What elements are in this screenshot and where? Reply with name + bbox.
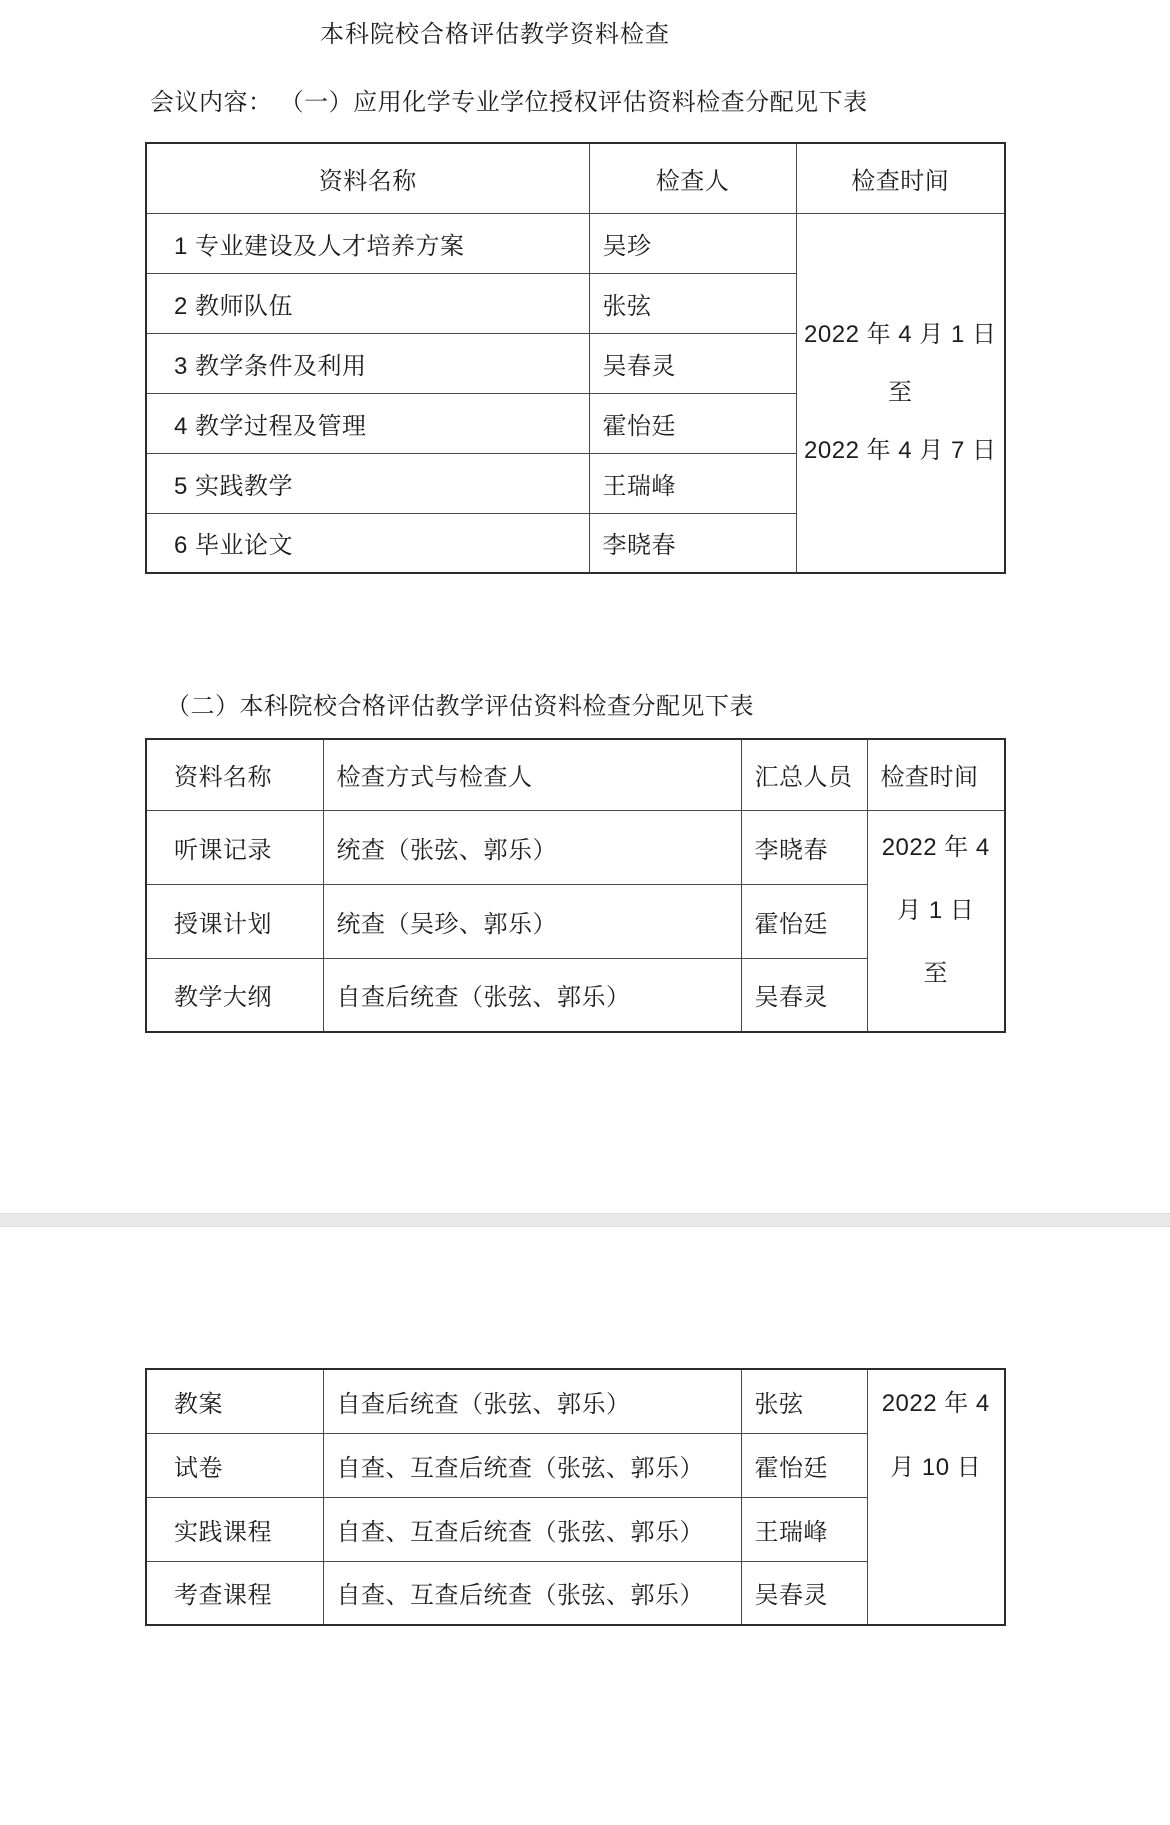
cell-inspector: 李晓春: [589, 513, 796, 573]
cell-material-name: 1 专业建设及人才培养方案: [146, 213, 589, 273]
check-time-line: 2022 年 4 月 7 日: [797, 422, 1005, 480]
cell-material-name: 2 教师队伍: [146, 273, 589, 333]
allocation-table-teaching-evaluation: 资料名称 检查方式与检查人 汇总人员 检查时间 听课记录 统查（张弦、郭乐） 李…: [145, 738, 1006, 1033]
cell-summarizer: 霍怡廷: [741, 1433, 867, 1497]
cell-check-method: 自查、互查后统查（张弦、郭乐）: [323, 1497, 741, 1561]
cell-check-method: 自查、互查后统查（张弦、郭乐）: [323, 1561, 741, 1625]
check-time-line: 2022 年 4: [868, 1372, 1005, 1436]
cell-summarizer: 李晓春: [741, 810, 867, 884]
page-break-band: [0, 1213, 1170, 1227]
cell-summarizer: 霍怡廷: [741, 884, 867, 958]
meeting-content-line: 会议内容： （一）应用化学专业学位授权评估资料检查分配见下表: [150, 82, 1050, 117]
cell-material-name: 教案: [146, 1369, 323, 1433]
table-header-row: 资料名称 检查方式与检查人 汇总人员 检查时间: [146, 739, 1005, 810]
check-time-line: 至: [797, 364, 1005, 422]
header-summarizer: 汇总人员: [741, 739, 867, 810]
cell-material-name: 听课记录: [146, 810, 323, 884]
header-material-name: 资料名称: [146, 143, 589, 213]
cell-material-name: 3 教学条件及利用: [146, 333, 589, 393]
allocation-table-continuation: 教案 自查后统查（张弦、郭乐） 张弦 2022 年 4 月 10 日 试卷 自查…: [145, 1368, 1006, 1626]
header-material-name: 资料名称: [146, 739, 323, 810]
page-title: 本科院校合格评估教学资料检查: [145, 14, 845, 49]
cell-check-method: 自查后统查（张弦、郭乐）: [323, 958, 741, 1032]
allocation-table-degree-evaluation: 资料名称 检查人 检查时间 1 专业建设及人才培养方案 吴珍 2022 年 4 …: [145, 142, 1006, 574]
cell-check-method: 统查（张弦、郭乐）: [323, 810, 741, 884]
check-time-line: 2022 年 4: [868, 816, 1005, 879]
document-page: { "doc": { "title": "本科院校合格评估教学资料检查", "m…: [0, 0, 1170, 1825]
cell-inspector: 张弦: [589, 273, 796, 333]
cell-material-name: 授课计划: [146, 884, 323, 958]
cell-check-time-merged: 2022 年 4 月 1 日 至 2022 年 4 月 7 日: [796, 213, 1005, 573]
cell-check-method: 自查后统查（张弦、郭乐）: [323, 1369, 741, 1433]
table-row: 1 专业建设及人才培养方案 吴珍 2022 年 4 月 1 日 至 2022 年…: [146, 213, 1005, 273]
header-check-method: 检查方式与检查人: [323, 739, 741, 810]
check-time-line: 月 1 日: [868, 879, 1005, 942]
cell-check-time-merged: 2022 年 4 月 10 日: [867, 1369, 1005, 1625]
header-check-time: 检查时间: [796, 143, 1005, 213]
check-time-line: 2022 年 4 月 1 日: [797, 306, 1005, 364]
cell-summarizer: 吴春灵: [741, 1561, 867, 1625]
cell-summarizer: 王瑞峰: [741, 1497, 867, 1561]
header-inspector: 检查人: [589, 143, 796, 213]
cell-check-method: 自查、互查后统查（张弦、郭乐）: [323, 1433, 741, 1497]
check-time-line: 月 10 日: [868, 1436, 1005, 1500]
cell-inspector: 霍怡廷: [589, 393, 796, 453]
table-header-row: 资料名称 检查人 检查时间: [146, 143, 1005, 213]
cell-material-name: 6 毕业论文: [146, 513, 589, 573]
cell-inspector: 吴春灵: [589, 333, 796, 393]
cell-check-method: 统查（吴珍、郭乐）: [323, 884, 741, 958]
cell-material-name: 5 实践教学: [146, 453, 589, 513]
table-row: 教案 自查后统查（张弦、郭乐） 张弦 2022 年 4 月 10 日: [146, 1369, 1005, 1433]
table-row: 听课记录 统查（张弦、郭乐） 李晓春 2022 年 4 月 1 日 至: [146, 810, 1005, 884]
header-check-time: 检查时间: [867, 739, 1005, 810]
cell-inspector: 吴珍: [589, 213, 796, 273]
section2-heading: （二）本科院校合格评估教学评估资料检查分配见下表: [166, 686, 1066, 721]
cell-material-name: 教学大纲: [146, 958, 323, 1032]
cell-material-name: 试卷: [146, 1433, 323, 1497]
cell-summarizer: 张弦: [741, 1369, 867, 1433]
cell-check-time-merged: 2022 年 4 月 1 日 至: [867, 810, 1005, 1032]
cell-inspector: 王瑞峰: [589, 453, 796, 513]
check-time-line: 至: [868, 942, 1005, 1005]
cell-material-name: 考查课程: [146, 1561, 323, 1625]
cell-summarizer: 吴春灵: [741, 958, 867, 1032]
cell-material-name: 4 教学过程及管理: [146, 393, 589, 453]
cell-material-name: 实践课程: [146, 1497, 323, 1561]
